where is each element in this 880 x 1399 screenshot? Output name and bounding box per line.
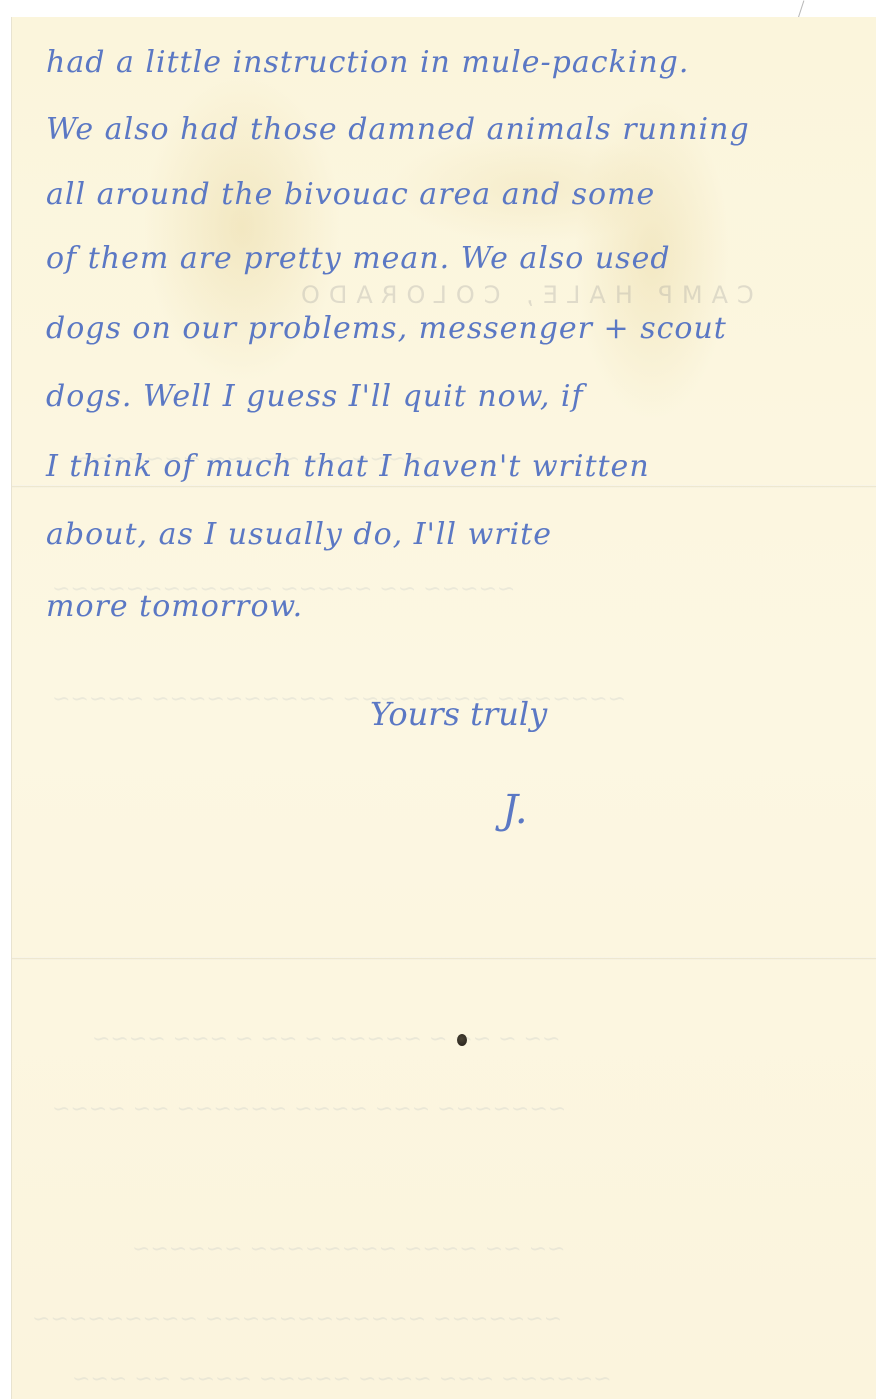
letterhead-bleed-through: CAMP HALE, COLORADO bbox=[292, 281, 754, 309]
letter-line: I think of much that I haven't written bbox=[46, 449, 650, 484]
letter-line: had a little instruction in mule-packing… bbox=[46, 45, 689, 80]
letter-line: about, as I usually do, I'll write bbox=[46, 517, 552, 552]
letter-page: CAMP HALE, COLORADO ~~~~ ~~ ~~~~~ ~~~~~~… bbox=[12, 17, 876, 1399]
letter-line: We also had those damned animals running bbox=[46, 112, 750, 147]
fold-line-lower bbox=[12, 957, 876, 960]
bleed-through-writing: ~~~~~~~ ~~~ ~~~~ ~~~~~~ ~~ ~~~~ bbox=[52, 1097, 566, 1122]
letter-line: of them are pretty mean. We also used bbox=[46, 241, 671, 276]
letter-line: dogs on our problems, messenger + scout bbox=[46, 311, 727, 346]
valediction: Yours truly bbox=[370, 695, 547, 733]
bleed-through-writing: ~~~~~~~ ~~~~~~~~~~~~ ~~~~~~~~~ bbox=[32, 1307, 562, 1332]
letter-line: more tomorrow. bbox=[46, 589, 303, 624]
letter-line: dogs. Well I guess I'll quit now, if bbox=[46, 379, 584, 414]
letter-line: all around the bivouac area and some bbox=[46, 177, 655, 212]
bleed-through-writing: ~~ ~~ ~~~~ ~~~~~~~~ ~~~~~~ bbox=[132, 1237, 566, 1262]
bleed-through-writing: ~~ ~ ~~ ~ ~~~~~ ~ ~~ ~ ~~~ ~~~~ bbox=[92, 1027, 560, 1052]
punch-hole bbox=[457, 1034, 467, 1046]
signature: J. bbox=[502, 787, 528, 833]
bleed-through-writing: ~~~~~~ ~~~ ~~~~ ~~~~~ ~~~~ ~~ ~~~ bbox=[72, 1367, 612, 1392]
fold-line-upper bbox=[12, 485, 876, 488]
